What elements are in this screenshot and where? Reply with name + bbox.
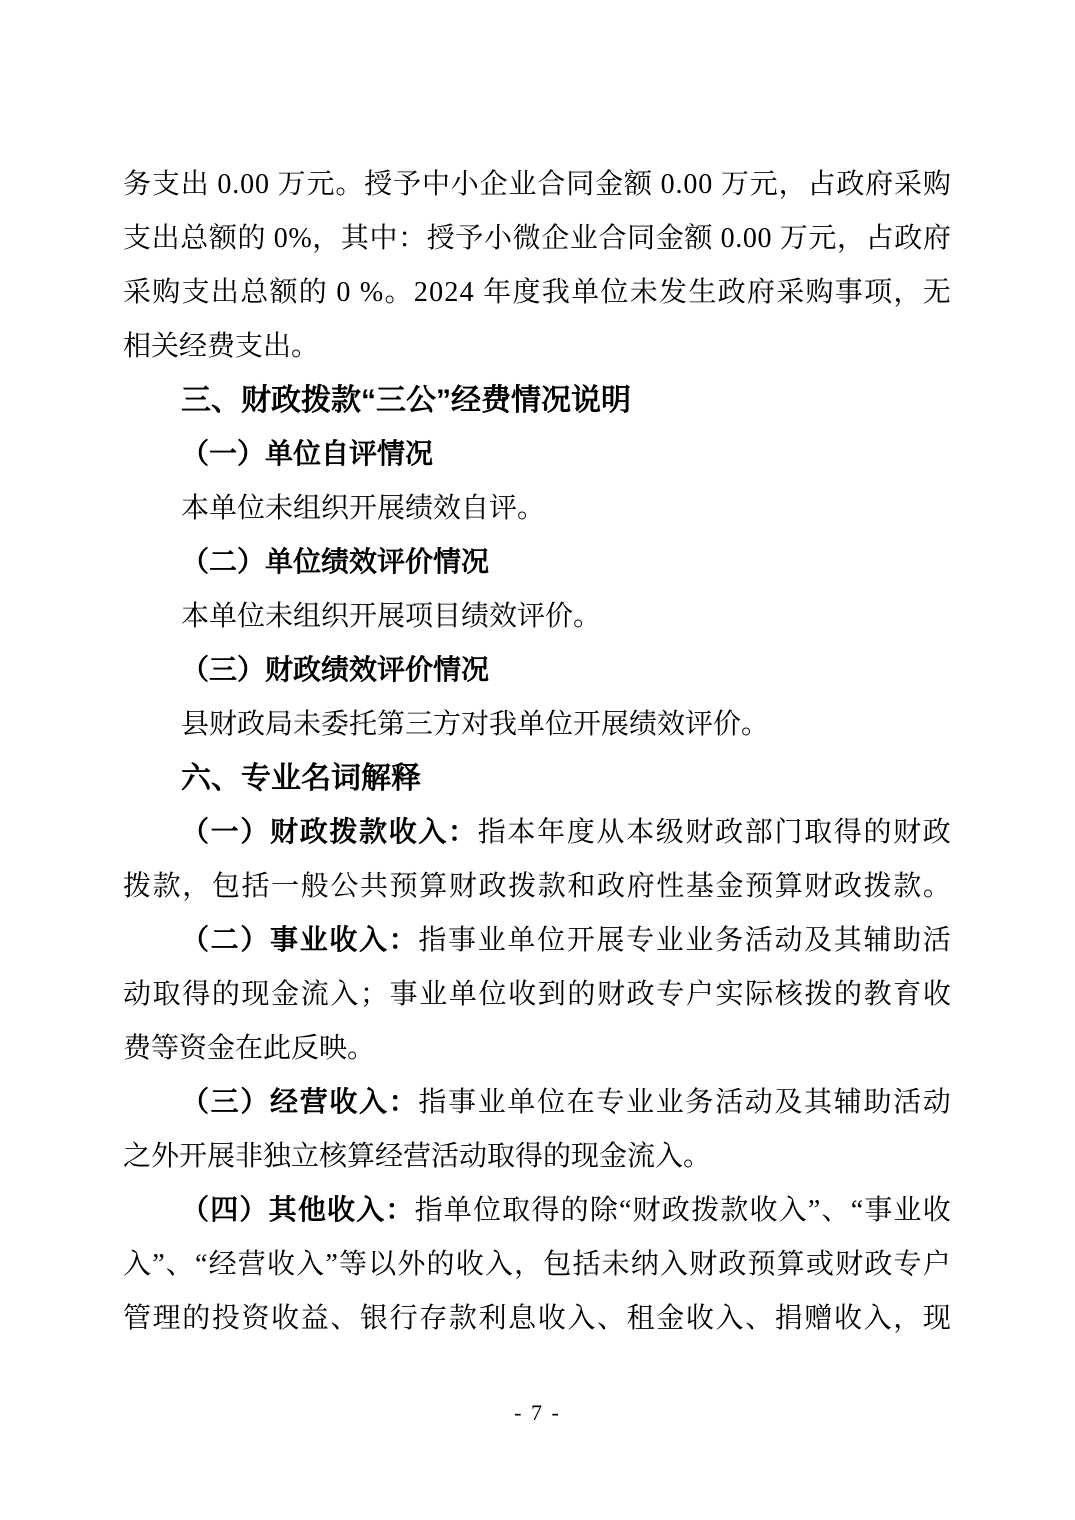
document-page: 务支出 0.00 万元。授予中小企业合同金额 0.00 万元，占政府采购 支出总… <box>0 0 1075 1520</box>
body-line: 支出总额的 0%，其中：授予小微企业合同金额 0.00 万元，占政府 <box>123 212 951 266</box>
term-definition-line: （二）事业收入：指事业单位开展专业业务活动及其辅助活 <box>123 914 951 968</box>
document-content: 务支出 0.00 万元。授予中小企业合同金额 0.00 万元，占政府采购 支出总… <box>123 158 951 1346</box>
term-definition-line: （三）经营收入：指事业单位在专业业务活动及其辅助活动 <box>123 1076 951 1130</box>
body-line: 管理的投资收益、银行存款利息收入、租金收入、捐赠收入，现 <box>123 1292 951 1346</box>
body-line: 本单位未组织开展绩效自评。 <box>123 482 951 536</box>
subsection-heading: （二）单位绩效评价情况 <box>123 536 951 590</box>
body-line: 采购支出总额的 0 %。2024 年度我单位未发生政府采购事项，无 <box>123 266 951 320</box>
body-line: 之外开展非独立核算经营活动取得的现金流入。 <box>123 1130 951 1184</box>
body-line: 本单位未组织开展项目绩效评价。 <box>123 590 951 644</box>
body-line: 费等资金在此反映。 <box>123 1022 951 1076</box>
term-definition-line: （四）其他收入：指单位取得的除“财政拨款收入”、“事业收 <box>123 1184 951 1238</box>
body-line: 入”、“经营收入”等以外的收入，包括未纳入财政预算或财政专户 <box>123 1238 951 1292</box>
body-line: 动取得的现金流入；事业单位收到的财政专户实际核拨的教育收 <box>123 968 951 1022</box>
term-definition-line: （一）财政拨款收入：指本年度从本级财政部门取得的财政 <box>123 806 951 860</box>
section-heading-six: 六、专业名词解释 <box>123 752 951 806</box>
body-line: 县财政局未委托第三方对我单位开展绩效评价。 <box>123 698 951 752</box>
subsection-heading: （三）财政绩效评价情况 <box>123 644 951 698</box>
body-line: 务支出 0.00 万元。授予中小企业合同金额 0.00 万元，占政府采购 <box>123 158 951 212</box>
body-line: 相关经费支出。 <box>123 320 951 374</box>
subsection-heading: （一）单位自评情况 <box>123 428 951 482</box>
section-heading-three: 三、财政拨款“三公”经费情况说明 <box>123 374 951 428</box>
page-number: - 7 - <box>0 1400 1075 1426</box>
body-line: 拨款，包括一般公共预算财政拨款和政府性基金预算财政拨款。 <box>123 860 951 914</box>
